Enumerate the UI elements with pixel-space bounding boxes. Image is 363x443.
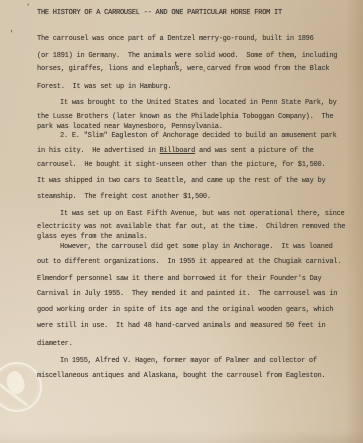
inserted-correction-character: t bbox=[174, 60, 178, 69]
text-line: good working order in spite of its age a… bbox=[37, 306, 333, 315]
text-line: miscellaneous antiques and Alaskana, bou… bbox=[37, 372, 325, 381]
text-line: out to different organizations. In 1955 … bbox=[37, 258, 341, 267]
underlined-word: Billboard bbox=[159, 147, 195, 155]
text-line: In 1955, Alfred V. Hagen, former mayor o… bbox=[60, 357, 317, 366]
text-line: Forest. It was set up in Hamburg. bbox=[37, 83, 171, 92]
text-line: electricity was not available that far o… bbox=[37, 223, 345, 232]
text-line: in his city. He advertised in Billboard … bbox=[37, 147, 314, 156]
text-line: glass eyes from the animals. bbox=[37, 233, 148, 242]
text-line: diameter. bbox=[37, 340, 73, 349]
text-line: However, the carrousel did get some play… bbox=[60, 243, 333, 252]
line-segment: in his city. He advertised in bbox=[37, 147, 159, 155]
document-title: THE HISTORY OF A CARROUSEL -- AND ONE PA… bbox=[37, 9, 282, 18]
text-line: It was shipped in two cars to Seattle, a… bbox=[37, 177, 325, 186]
stray-typewriter-mark: ' bbox=[26, 4, 30, 12]
stray-typewriter-mark: ' bbox=[202, 70, 206, 78]
text-line: It was brought to the United States and … bbox=[60, 99, 337, 108]
typewritten-page: THE HISTORY OF A CARROUSEL -- AND ONE PA… bbox=[0, 0, 363, 443]
text-line: Elmendorf personnel saw it there and bor… bbox=[37, 275, 321, 284]
text-line: 2. E. "Slim" Eagleston of Anchorage deci… bbox=[60, 132, 337, 141]
line-segment: horses, giraffes, lions and elephan bbox=[37, 65, 175, 73]
text-line: were still in use. It had 48 hand-carved… bbox=[37, 322, 325, 331]
text-line: Carnival in July 1955. They mended it an… bbox=[37, 290, 337, 299]
text-line: It was set up on East Fifth Avenue, but … bbox=[60, 210, 344, 219]
text-line: (or 1891) in Germany. The animals were s… bbox=[37, 52, 337, 61]
text-line: The carrousel was once part of a Dentzel… bbox=[37, 35, 314, 44]
text-line: park was located near Waynesboro, Pennsy… bbox=[37, 123, 223, 132]
text-line: horses, giraffes, lions and elephanst, w… bbox=[37, 65, 329, 74]
embossed-seal-icon bbox=[0, 362, 42, 412]
stray-typewriter-mark: , bbox=[10, 26, 14, 34]
text-line: steamship. The freight cost another $1,5… bbox=[37, 193, 211, 202]
text-line: carrousel. He bought it sight-unseen oth… bbox=[37, 161, 325, 170]
line-segment: st bbox=[175, 65, 179, 73]
line-segment: and was sent a picture of the bbox=[195, 147, 314, 155]
text-line: the Lusse Brothers (later known as the P… bbox=[37, 113, 333, 122]
